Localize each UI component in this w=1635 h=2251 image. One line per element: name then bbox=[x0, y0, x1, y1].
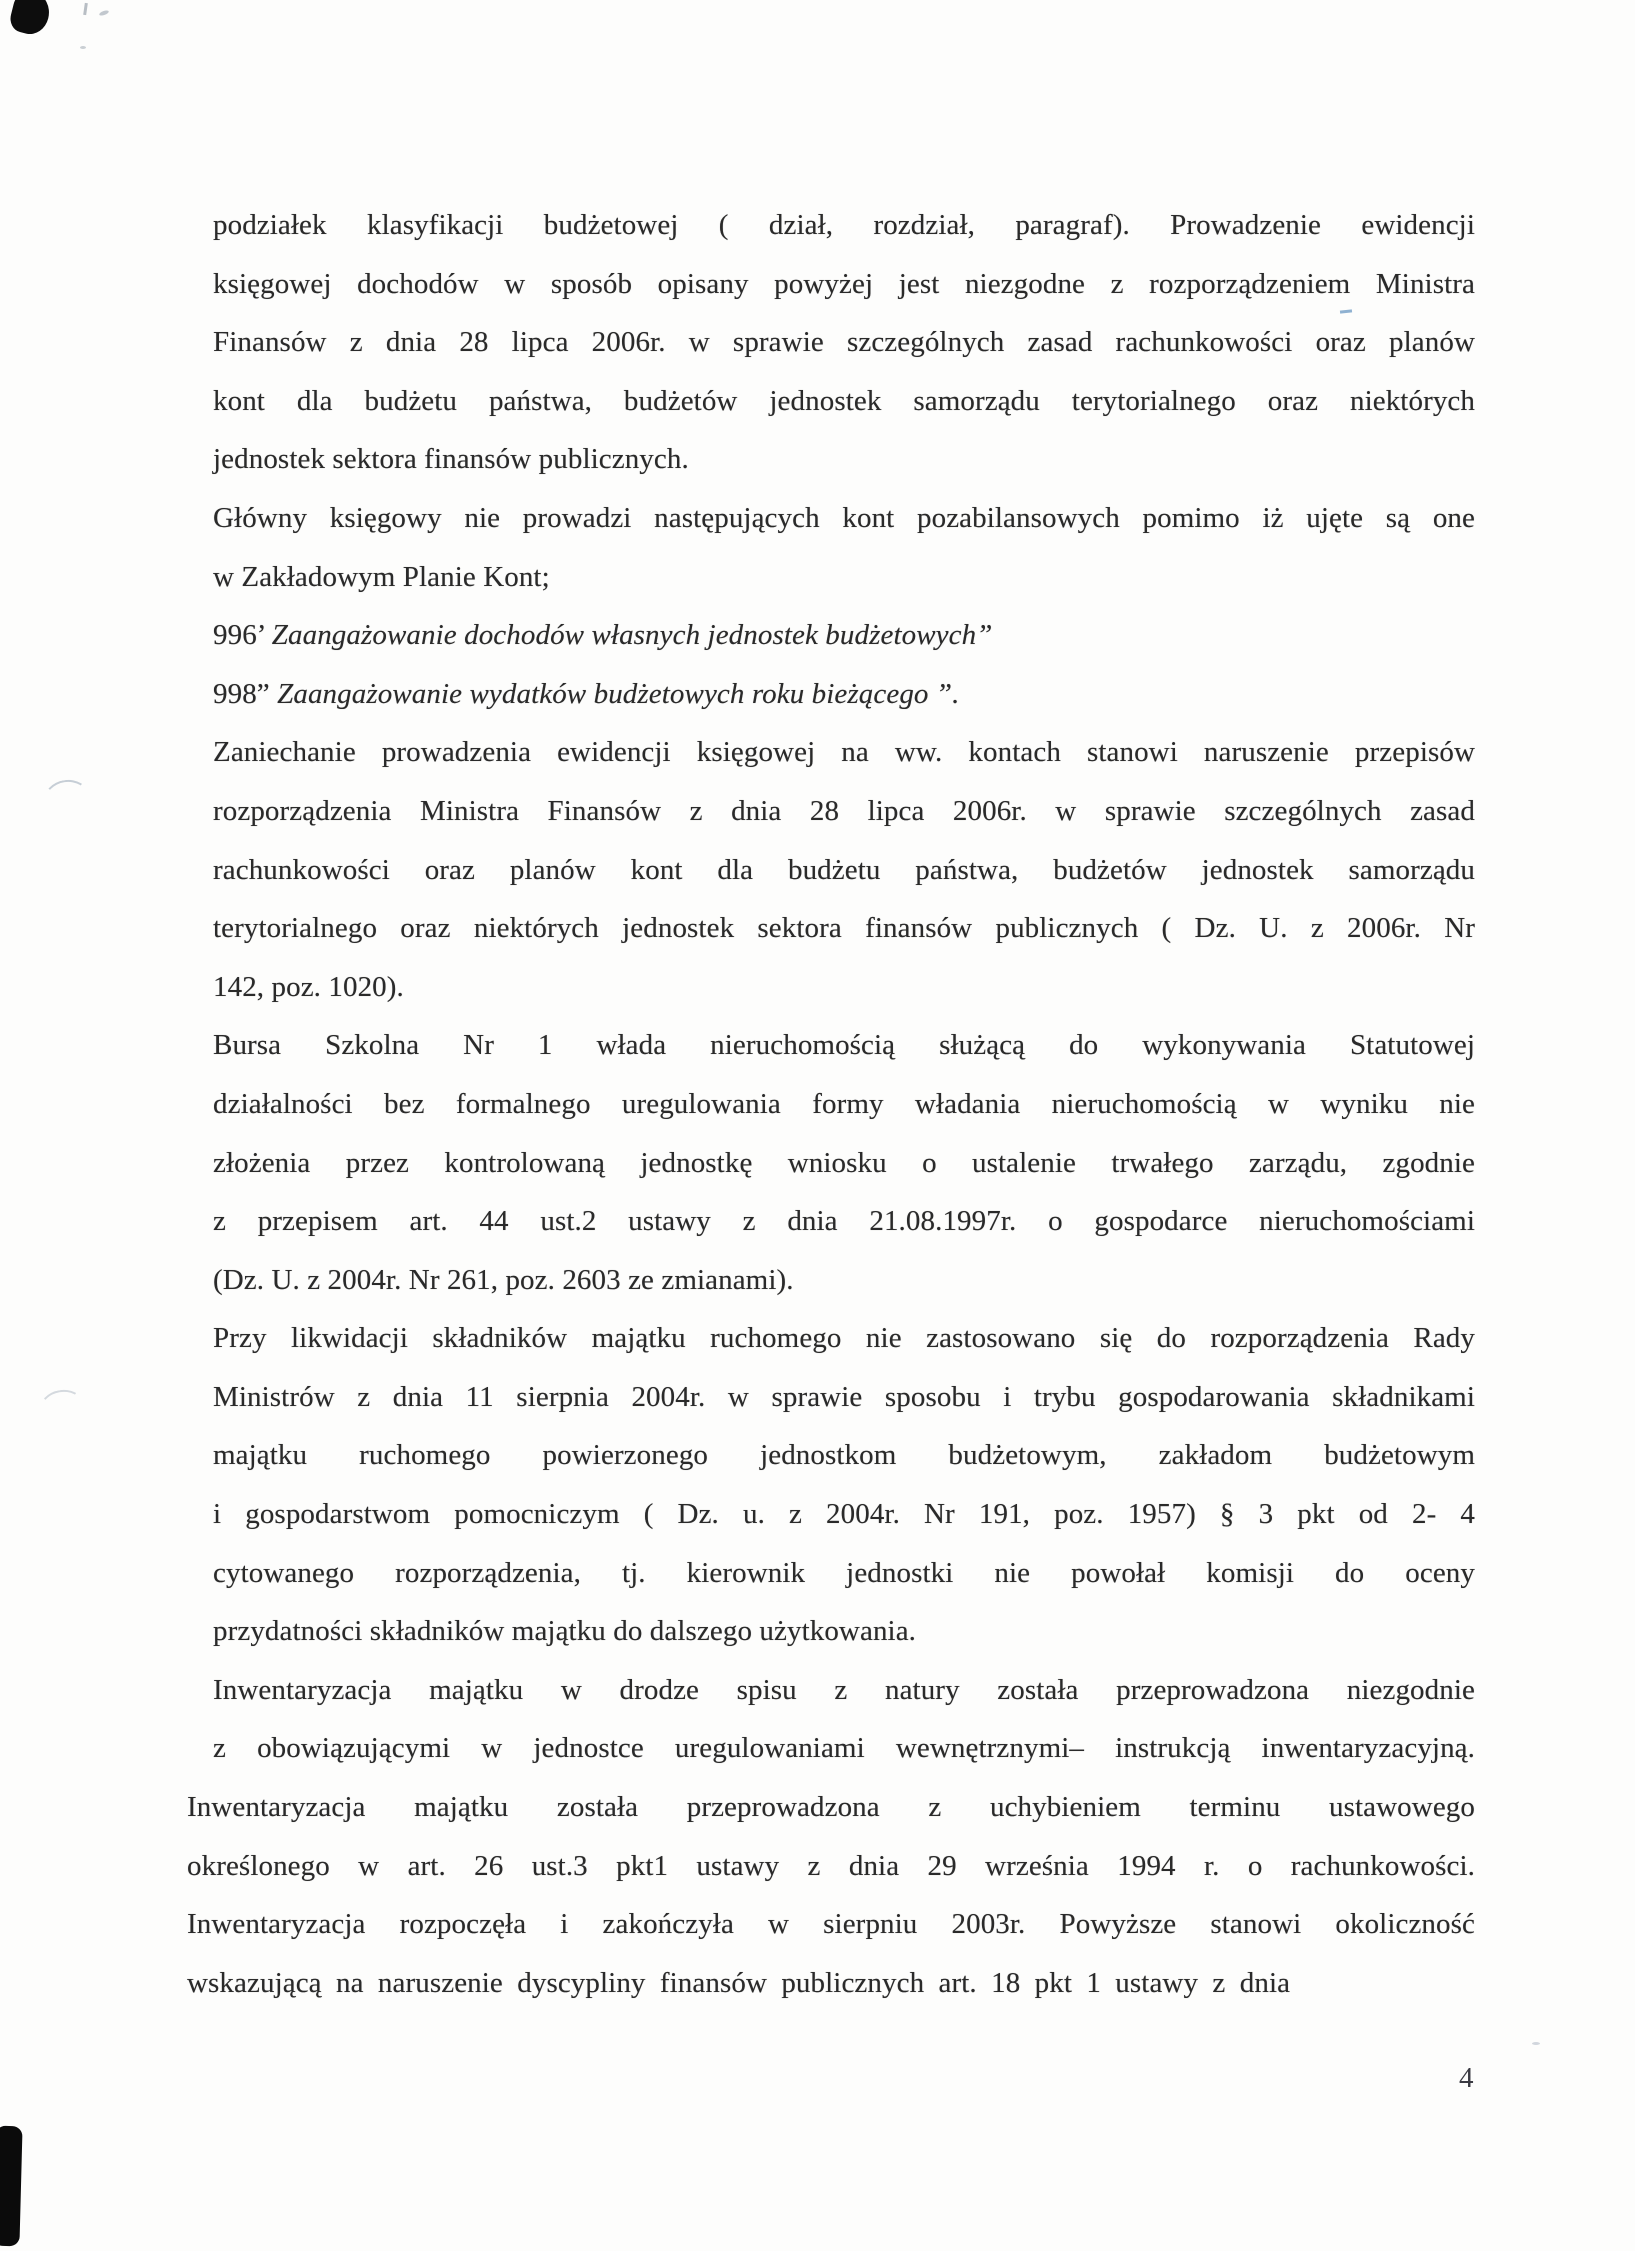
text-line: 998” Zaangażowanie wydatków budżetowych … bbox=[213, 665, 1475, 724]
text-segment: i gospodarstwom pomocniczym ( Dz. u. z 2… bbox=[213, 1498, 1475, 1530]
text-line: 142, poz. 1020). bbox=[213, 958, 1475, 1017]
list-item-first-line: 14.Przy likwidacji składników majątku ru… bbox=[213, 1309, 1475, 1368]
text-line: Ministrów z dnia 11 sierpnia 2004r. w sp… bbox=[213, 1368, 1475, 1427]
text-line: działalności bez formalnego uregulowania… bbox=[213, 1075, 1475, 1134]
text-line: rachunkowości oraz planów kont dla budże… bbox=[213, 841, 1475, 900]
scan-artifact-speck bbox=[80, 46, 86, 49]
text-line: terytorialnego oraz niektórych jednostek… bbox=[213, 899, 1475, 958]
text-segment: Ministrów z dnia 11 sierpnia 2004r. w sp… bbox=[213, 1381, 1475, 1413]
scan-artifact-speck bbox=[99, 9, 110, 16]
text-segment: Finansów z dnia 28 lipca 2006r. w sprawi… bbox=[213, 326, 1475, 358]
text-segment: kont dla budżetu państwa, budżetów jedno… bbox=[213, 385, 1475, 417]
text-line: (Dz. U. z 2004r. Nr 261, poz. 2603 ze zm… bbox=[213, 1251, 1475, 1310]
text-line: i gospodarstwom pomocniczym ( Dz. u. z 2… bbox=[213, 1485, 1475, 1544]
text-segment: Zaniechanie prowadzenia ewidencji księgo… bbox=[213, 736, 1475, 768]
list-item-first-line: 15.Inwentaryzacja majątku w drodze spisu… bbox=[213, 1661, 1475, 1720]
text-line: określonego w art. 26 ust.3 pkt1 ustawy … bbox=[187, 1837, 1475, 1896]
text-line: rozporządzenia Ministra Finansów z dnia … bbox=[213, 782, 1475, 841]
text-line: Inwentaryzacja majątku została przeprowa… bbox=[187, 1778, 1475, 1837]
text-line: wskazującą na naruszenie dyscypliny fina… bbox=[187, 1954, 1475, 2013]
text-line: Zaniechanie prowadzenia ewidencji księgo… bbox=[213, 723, 1475, 782]
scanned-document-page: podziałek klasyfikacji budżetowej ( dzia… bbox=[0, 0, 1635, 2251]
text-line: w Zakładowym Planie Kont; bbox=[213, 548, 1475, 607]
text-segment: Bursa Szkolna Nr 1 włada nieruchomością … bbox=[213, 1029, 1475, 1061]
text-segment: terytorialnego oraz niektórych jednostek… bbox=[213, 912, 1475, 944]
text-segment: (Dz. U. z 2004r. Nr 261, poz. 2603 ze zm… bbox=[213, 1264, 794, 1296]
text-segment: księgowej dochodów w sposób opisany powy… bbox=[213, 268, 1475, 300]
text-line: cytowanego rozporządzenia, tj. kierownik… bbox=[213, 1544, 1475, 1603]
text-segment: przydatności składników majątku do dalsz… bbox=[213, 1615, 916, 1647]
text-segment: Przy likwidacji składników majątku rucho… bbox=[213, 1322, 1475, 1354]
scan-artifact-margin-arc bbox=[37, 1386, 86, 1427]
list-item-first-line: 12.Główny księgowy nie prowadzi następuj… bbox=[213, 489, 1475, 548]
text-segment: 142, poz. 1020). bbox=[213, 971, 404, 1003]
text-line: majątku ruchomego powierzonego jednostko… bbox=[213, 1426, 1475, 1485]
text-segment: majątku ruchomego powierzonego jednostko… bbox=[213, 1439, 1475, 1471]
text-segment: rachunkowości oraz planów kont dla budże… bbox=[213, 854, 1475, 886]
quoted-account-name: Zaangażowanie wydatków budżetowych roku … bbox=[277, 678, 959, 710]
scan-artifact-top-left-blob bbox=[7, 0, 53, 38]
text-line: podziałek klasyfikacji budżetowej ( dzia… bbox=[213, 196, 1475, 255]
scan-artifact-speck bbox=[83, 3, 88, 15]
text-segment: wskazującą na naruszenie dyscypliny fina… bbox=[187, 1967, 1290, 1999]
text-line: księgowej dochodów w sposób opisany powy… bbox=[213, 255, 1475, 314]
scan-artifact-margin-arc bbox=[42, 777, 93, 821]
text-segment: w Zakładowym Planie Kont; bbox=[213, 561, 550, 593]
text-segment: 996’ bbox=[213, 619, 272, 651]
text-segment: cytowanego rozporządzenia, tj. kierownik… bbox=[213, 1557, 1475, 1589]
text-segment: działalności bez formalnego uregulowania… bbox=[213, 1088, 1475, 1120]
scan-artifact-bottom-left-bar bbox=[0, 2126, 23, 2247]
text-line: z przepisem art. 44 ust.2 ustawy z dnia … bbox=[213, 1192, 1475, 1251]
scan-artifact-speck bbox=[1532, 2042, 1540, 2045]
text-line: złożenia przez kontrolowaną jednostkę wn… bbox=[213, 1134, 1475, 1193]
text-segment: jednostek sektora finansów publicznych. bbox=[213, 443, 689, 475]
text-line: jednostek sektora finansów publicznych. bbox=[213, 430, 1475, 489]
text-segment: 998” bbox=[213, 678, 277, 710]
text-segment: Inwentaryzacja majątku została przeprowa… bbox=[187, 1791, 1475, 1823]
text-segment: z przepisem art. 44 ust.2 ustawy z dnia … bbox=[213, 1205, 1475, 1237]
text-line: przydatności składników majątku do dalsz… bbox=[213, 1602, 1475, 1661]
text-segment: Inwentaryzacja majątku w drodze spisu z … bbox=[213, 1674, 1475, 1706]
text-line: kont dla budżetu państwa, budżetów jedno… bbox=[213, 372, 1475, 431]
text-line: 996’ Zaangażowanie dochodów własnych jed… bbox=[213, 606, 1475, 665]
text-segment: złożenia przez kontrolowaną jednostkę wn… bbox=[213, 1147, 1475, 1179]
text-line: z obowiązującymi w jednostce uregulowani… bbox=[213, 1719, 1475, 1778]
list-item-first-line: 13.Bursa Szkolna Nr 1 włada nieruchomośc… bbox=[213, 1016, 1475, 1075]
text-segment: rozporządzenia Ministra Finansów z dnia … bbox=[213, 795, 1475, 827]
text-segment: określonego w art. 26 ust.3 pkt1 ustawy … bbox=[187, 1850, 1475, 1882]
text-segment: podziałek klasyfikacji budżetowej ( dzia… bbox=[213, 209, 1475, 241]
text-segment: z obowiązującymi w jednostce uregulowani… bbox=[213, 1732, 1475, 1764]
page-number: 4 bbox=[1459, 2062, 1474, 2095]
text-line: Finansów z dnia 28 lipca 2006r. w sprawi… bbox=[213, 313, 1475, 372]
text-segment: Główny księgowy nie prowadzi następujący… bbox=[213, 502, 1475, 534]
text-segment: Inwentaryzacja rozpoczęła i zakończyła w… bbox=[187, 1908, 1475, 1940]
text-line: Inwentaryzacja rozpoczęła i zakończyła w… bbox=[187, 1895, 1475, 1954]
document-text-block: podziałek klasyfikacji budżetowej ( dzia… bbox=[213, 196, 1475, 2012]
quoted-account-name: Zaangażowanie dochodów własnych jednoste… bbox=[272, 619, 993, 651]
